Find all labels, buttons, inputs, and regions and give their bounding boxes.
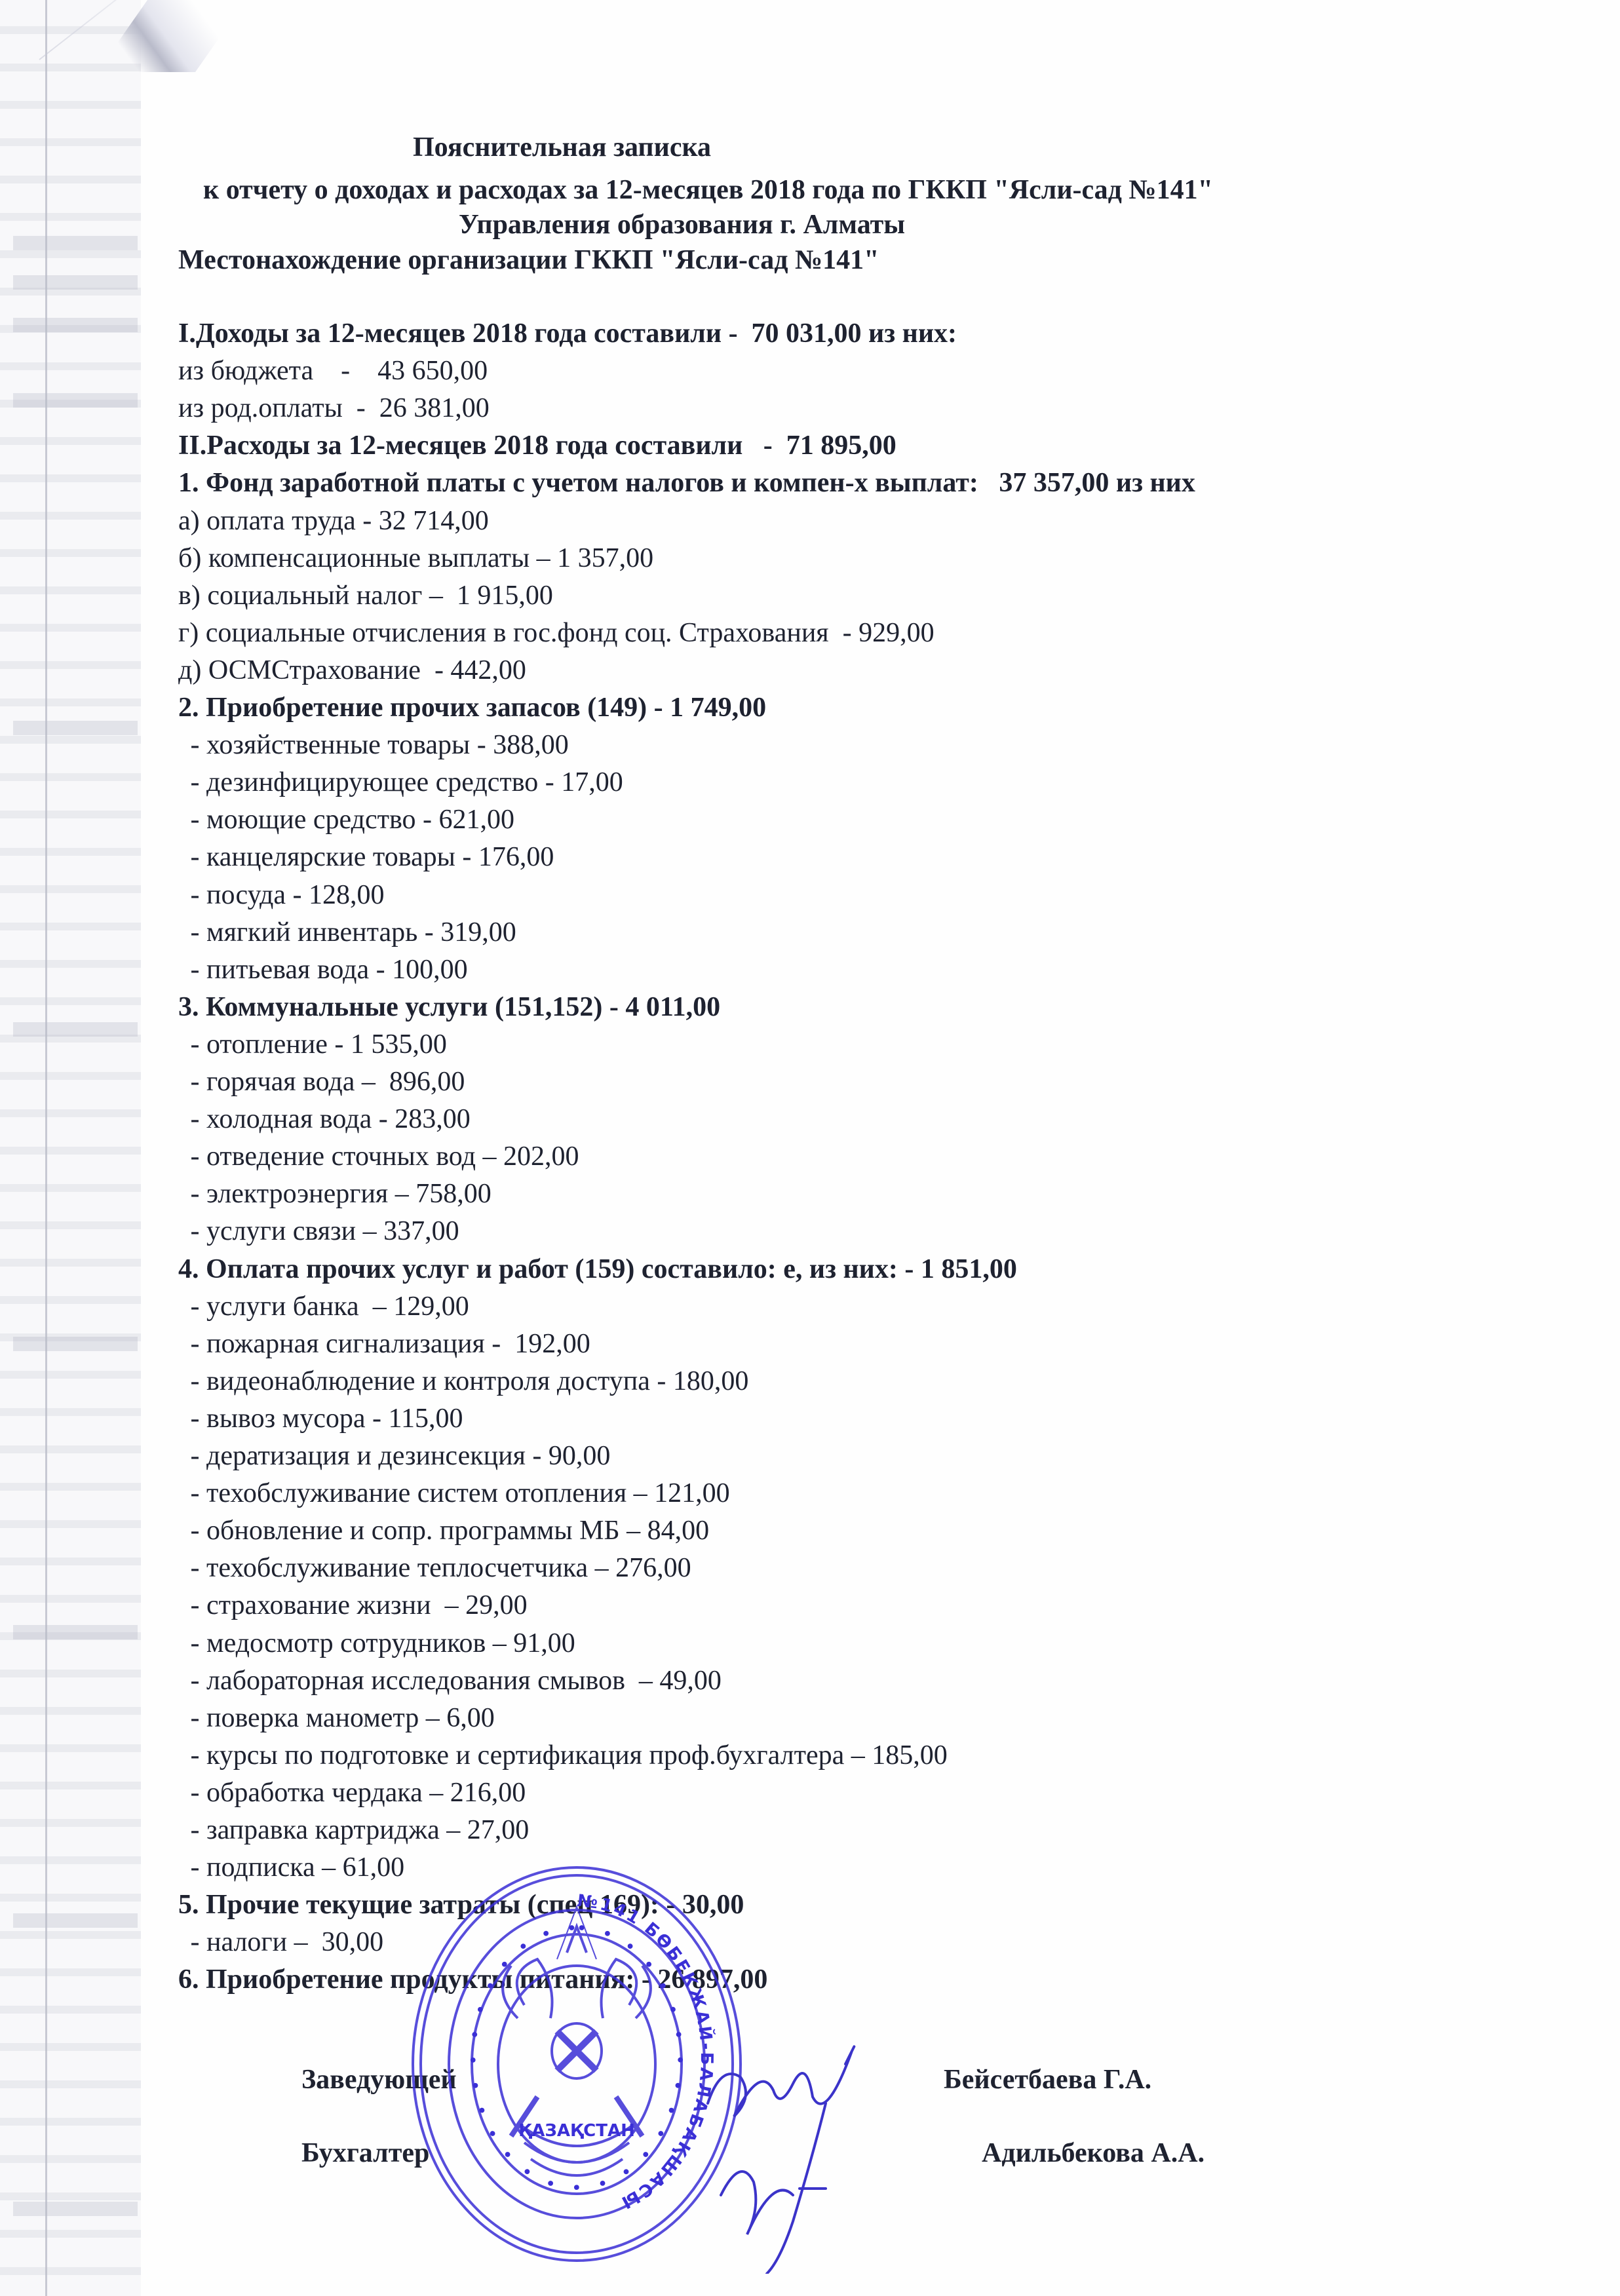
expense-item: - лабораторная исследования смывов – 49,… [183, 1664, 722, 1697]
bleed-through-band [13, 236, 138, 250]
handwritten-signatures [695, 2025, 904, 2274]
bleed-through-band [13, 2202, 138, 2216]
expense-item: - мягкий инвентарь - 319,00 [183, 916, 516, 949]
expense-item: - дезинфицирующее средство - 17,00 [183, 766, 623, 799]
document-title: Пояснительная записка [413, 131, 711, 164]
expense-item: д) ОСМСтрахование - 442,00 [178, 654, 526, 687]
expense-item: - обработка чердака – 216,00 [183, 1776, 526, 1809]
expense-section-heading: 1. Фонд заработной платы с учетом налого… [178, 467, 1195, 499]
svg-text:№141 БӨБЕКЖАЙ-БАЛАБАҚШАСЫ: №141 БӨБЕКЖАЙ-БАЛАБАҚШАСЫ [576, 1891, 717, 2213]
expense-item: - пожарная сигнализация - 192,00 [183, 1328, 590, 1360]
bleed-through-band [13, 1913, 138, 1928]
expense-item: - медосмотр сотрудников – 91,00 [183, 1627, 575, 1660]
signature-role-head: Заведующей [301, 2064, 457, 2095]
expense-item: - страхование жизни – 29,00 [183, 1589, 528, 1622]
expense-item: - поверка манометр – 6,00 [183, 1702, 495, 1734]
expense-item: - видеонаблюдение и контроля доступа - 1… [183, 1365, 748, 1398]
expense-item: а) оплата труда - 32 714,00 [178, 505, 489, 537]
expense-item: - техобслуживание теплосчетчика – 276,00 [183, 1552, 691, 1584]
stamp-center-text: ҚАЗАҚСТАН [518, 2121, 635, 2141]
income-item: из бюджета - 43 650,00 [178, 354, 488, 387]
expense-section-heading: 4. Оплата прочих услуг и работ (159) сос… [178, 1253, 1017, 1286]
organization-location: Местонахождение организации ГККП "Ясли-с… [178, 244, 879, 277]
expense-section-heading: 6. Приобретение продукты питания: - 26 8… [178, 1963, 767, 1996]
bleed-through-band [13, 393, 138, 408]
bleed-through-band [13, 1625, 138, 1639]
expense-section-heading: 5. Прочие текущие затраты (спец 169): - … [178, 1888, 744, 1921]
document-subtitle: к отчету о доходах и расходах за 12-меся… [203, 174, 1213, 206]
expenses-heading: II.Расходы за 12-месяцев 2018 года соста… [178, 429, 897, 462]
expense-item: - заправка картриджа – 27,00 [183, 1814, 529, 1846]
expense-item: - посуда - 128,00 [183, 879, 384, 911]
scanned-document-page: Пояснительная записка к отчету о доходах… [0, 0, 1620, 2296]
expense-item: - моющие средство - 621,00 [183, 803, 514, 836]
expense-item: г) социальные отчисления в гос.фонд соц.… [178, 617, 935, 649]
income-heading: I.Доходы за 12-месяцев 2018 года состави… [178, 317, 957, 350]
document-subtitle-organization: Управления образования г. Алматы [459, 208, 905, 241]
scan-margin-rule [45, 0, 47, 2296]
expense-item: - хозяйственные товары - 388,00 [183, 729, 569, 761]
bleed-through-band [13, 318, 138, 332]
expense-item: - налоги – 30,00 [183, 1926, 383, 1959]
expense-item: - обновление и сопр. программы МБ – 84,0… [183, 1514, 709, 1547]
expense-item: - услуги банка – 129,00 [183, 1290, 469, 1323]
income-item: из род.оплаты - 26 381,00 [178, 392, 490, 425]
scan-margin-strip [0, 0, 141, 2296]
expense-item: - отведение сточных вод – 202,00 [183, 1140, 579, 1173]
bleed-through-band [13, 721, 138, 735]
expense-item: - дератизация и дезинсекция - 90,00 [183, 1440, 610, 1472]
expense-item: - услуги связи – 337,00 [183, 1215, 459, 1248]
signature-name-head: Бейсетбаева Г.А. [944, 2064, 1151, 2095]
bleed-through-band [13, 1337, 138, 1351]
expense-section-heading: 3. Коммунальные услуги (151,152) - 4 011… [178, 991, 720, 1024]
bleed-through-band [13, 1022, 138, 1037]
expense-item: - электроэнергия – 758,00 [183, 1177, 492, 1210]
expense-item: - холодная вода - 283,00 [183, 1103, 471, 1136]
expense-item: б) компенсационные выплаты – 1 357,00 [178, 542, 653, 575]
expense-item: - вывоз мусора - 115,00 [183, 1402, 463, 1435]
expense-item: в) социальный налог – 1 915,00 [178, 579, 553, 612]
expense-item: - питьевая вода - 100,00 [183, 953, 468, 986]
expense-item: - подписка – 61,00 [183, 1851, 404, 1884]
expense-section-heading: 2. Приобретение прочих запасов (149) - 1… [178, 691, 766, 724]
expense-item: - горячая вода – 896,00 [183, 1065, 465, 1098]
signature-role-accountant: Бухгалтер [301, 2137, 429, 2169]
expense-item: - техобслуживание систем отопления – 121… [183, 1477, 730, 1510]
expense-item: - курсы по подготовке и сертификация про… [183, 1739, 948, 1772]
bleed-through-band [13, 275, 138, 290]
signature-name-accountant: Адильбекова А.А. [982, 2137, 1205, 2169]
expense-item: - канцелярские товары - 176,00 [183, 841, 554, 873]
official-stamp: №141 БӨБЕКЖАЙ-БАЛАБАҚШАСЫ • • • • • • • … [406, 1861, 747, 2267]
expense-item: - отопление - 1 535,00 [183, 1028, 447, 1061]
